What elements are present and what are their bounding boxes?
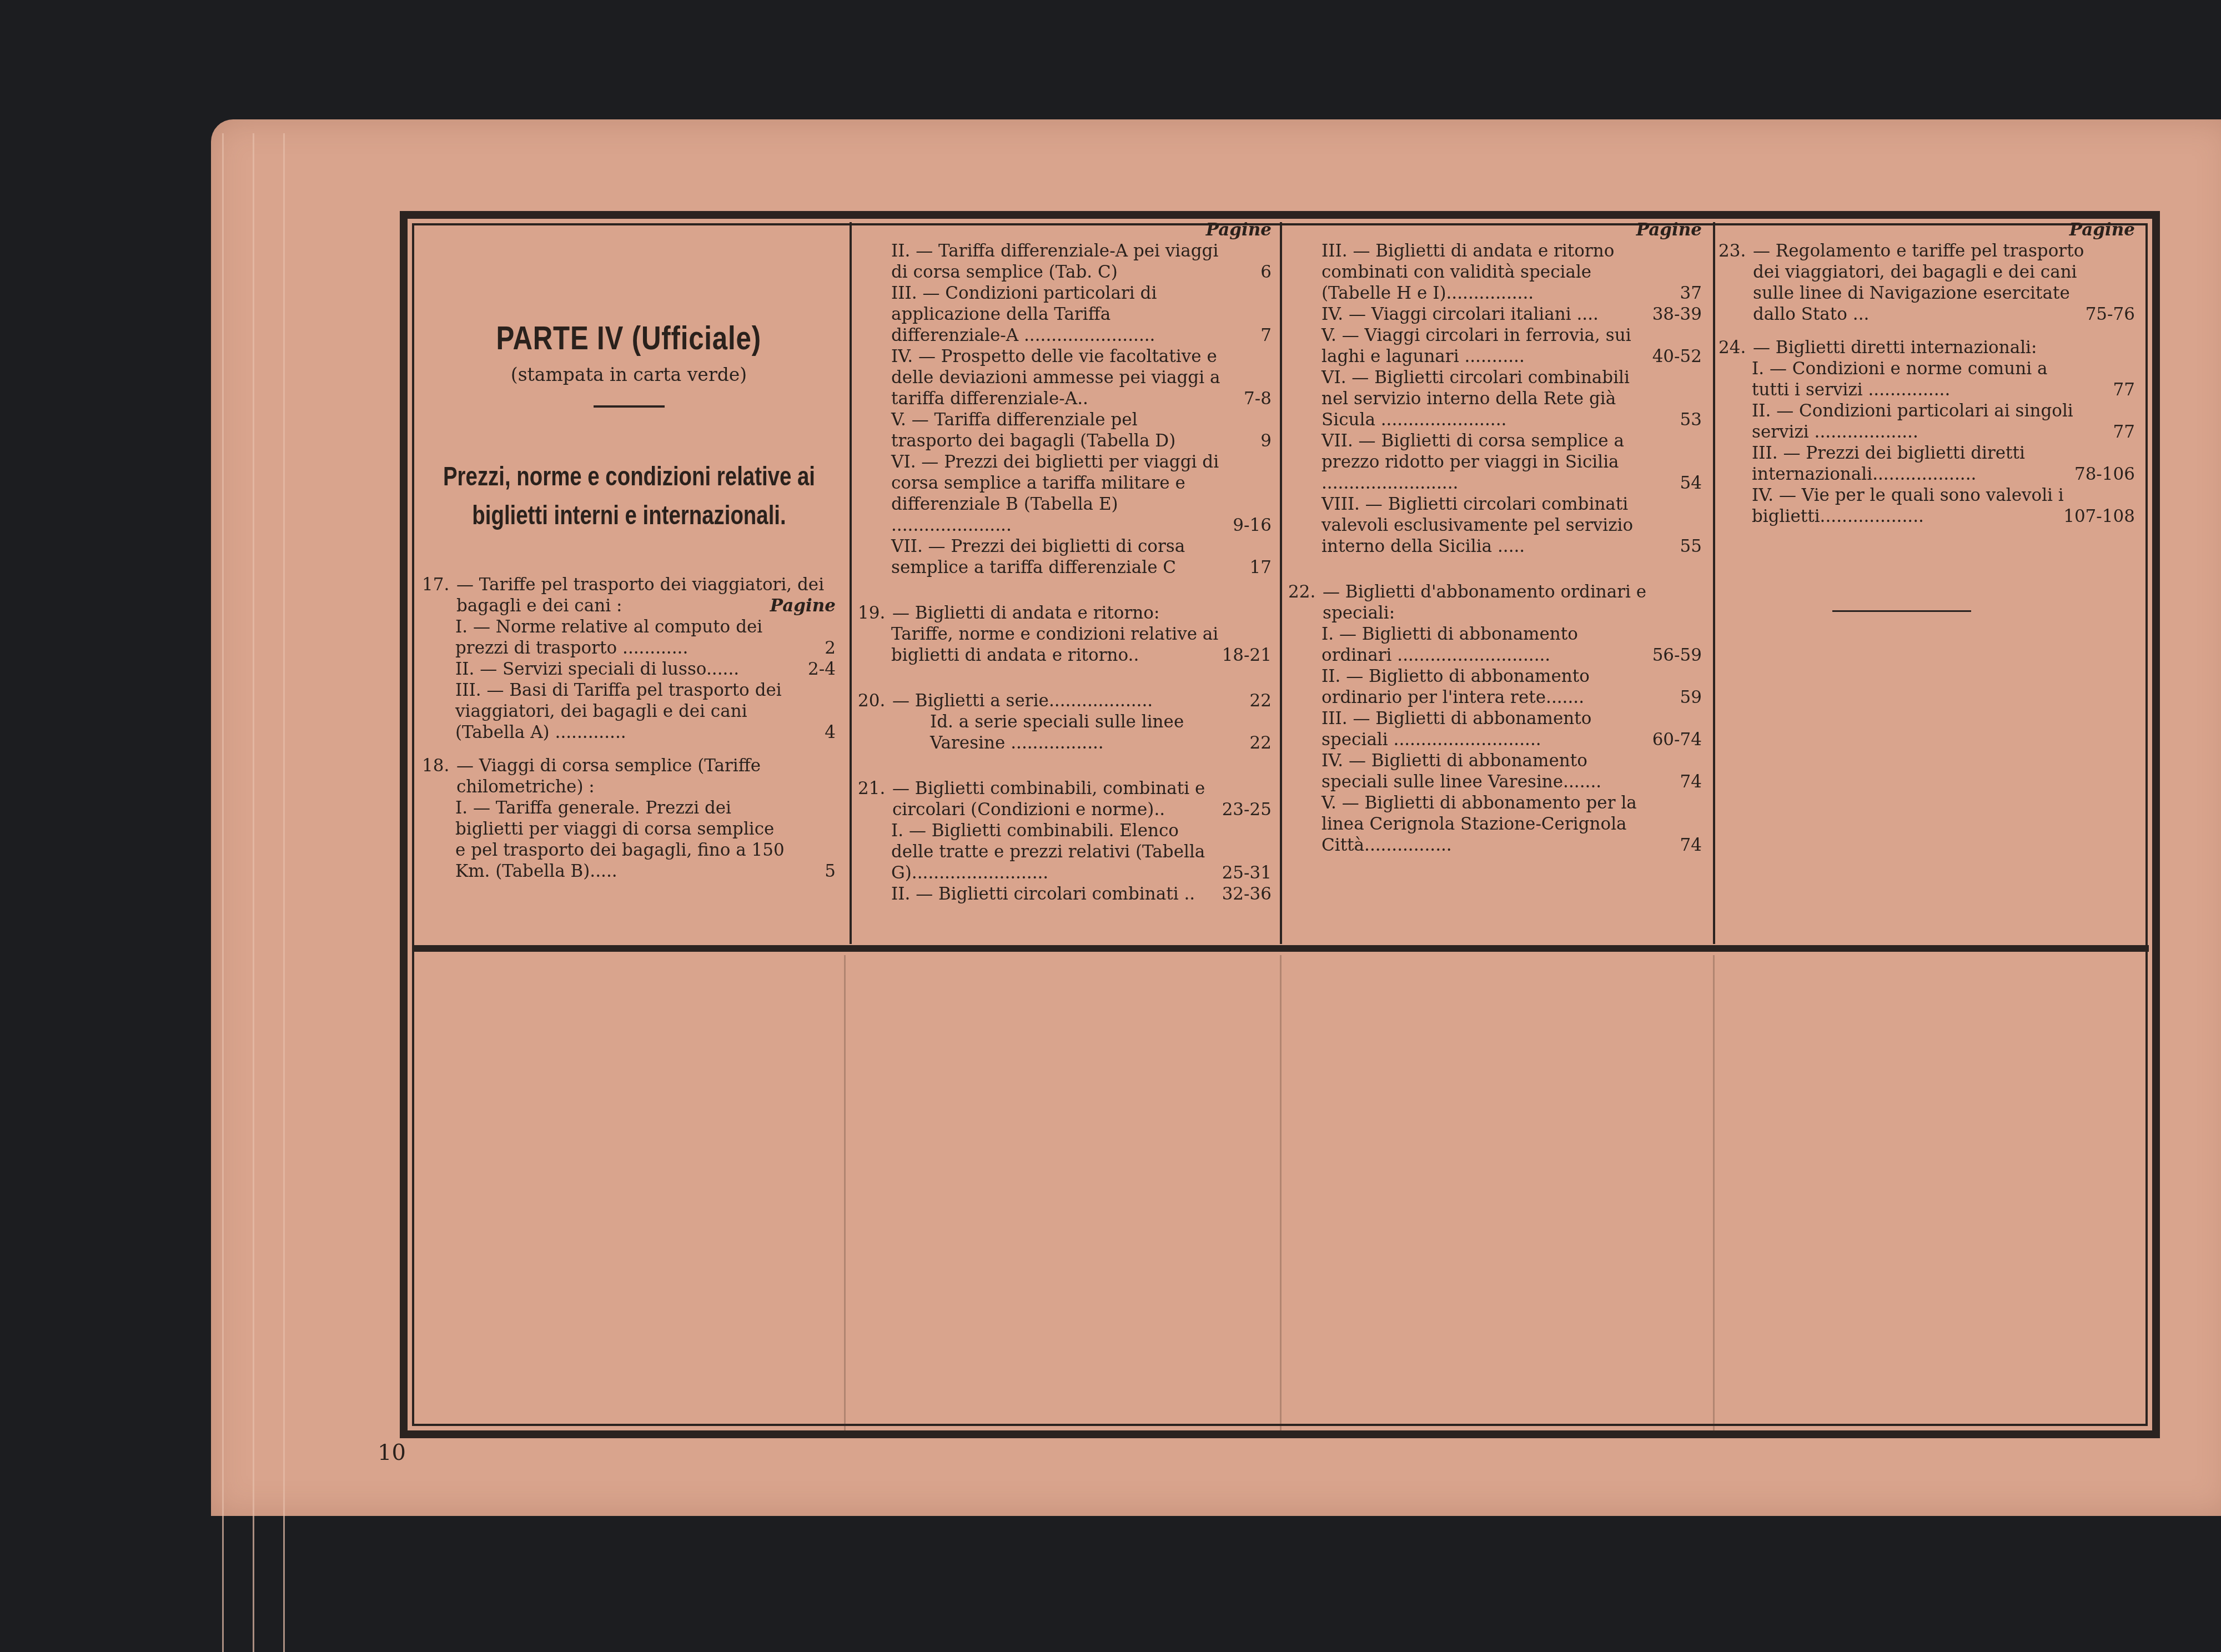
section-number: 18. <box>422 755 449 776</box>
page-ref: 37 <box>1680 283 1702 304</box>
toc-item: VII. — Prezzi dei biglietti di corsa sem… <box>858 536 1272 578</box>
page-ref: 107-108 <box>2063 506 2135 527</box>
item-text: — Condizioni particolari di applicazione… <box>891 283 1157 345</box>
page-edge <box>222 133 224 1652</box>
roman-numeral: II. <box>1752 401 1771 421</box>
bleed-through-divider <box>1713 955 1715 1433</box>
roman-numeral: VIII. <box>1321 494 1360 514</box>
title-rule <box>594 405 665 408</box>
toc-item: II. — Biglietto di abbonamento ordinario… <box>1288 666 1702 708</box>
page-ref: 74 <box>1680 771 1702 792</box>
item-text: — Viaggi circolari in ferrovia, sui lagh… <box>1321 325 1631 366</box>
item-text: — Tariffa differenziale pel trasporto de… <box>891 410 1175 451</box>
toc-item: I. — Condizioni e norme comuni a tutti i… <box>1718 358 2135 400</box>
page-edge <box>253 133 254 1652</box>
roman-numeral: II. <box>455 659 474 679</box>
item-text: — Biglietti circolari combinabili nel se… <box>1321 368 1630 430</box>
bleed-through-divider <box>1280 955 1282 1433</box>
roman-numeral: I. <box>455 798 468 818</box>
item-text: — Norme relative al computo dei prezzi d… <box>455 617 762 658</box>
section-number: 20. <box>858 690 885 711</box>
title-block: PARTE IV (Ufficiale) (stampata in carta … <box>422 328 836 535</box>
item-text: — Condizioni particolari ai singoli serv… <box>1752 401 2073 442</box>
toc-column-4: Pagine 23. — Regolamento e tariffe pel t… <box>1718 219 2135 612</box>
roman-numeral: VI. <box>891 452 916 472</box>
section-number: 23. <box>1718 240 1746 262</box>
toc-item: VI. — Biglietti circolari combinabili ne… <box>1288 367 1702 430</box>
toc-section-19: 19. — Biglietti di andata e ritorno: <box>858 602 1272 624</box>
page-ref: 38-39 <box>1652 304 1702 325</box>
page-ref: 9-16 <box>1233 515 1272 536</box>
section-number: 22. <box>1288 581 1315 602</box>
roman-numeral: III. <box>1321 709 1348 729</box>
toc-column-2: Pagine II. — Tariffa differenziale-A pei… <box>858 219 1272 905</box>
roman-numeral: III. <box>1321 241 1348 261</box>
page-ref: 22 <box>1250 732 1272 754</box>
section-title: — Viaggi di corsa semplice (Tariffe chil… <box>422 755 836 797</box>
section-number: 21. <box>858 778 885 799</box>
roman-numeral: VI. <box>1321 368 1346 388</box>
roman-numeral: V. <box>1321 325 1336 345</box>
toc-item: IV. — Prospetto delle vie facoltative e … <box>858 346 1272 409</box>
toc-item: III. — Biglietti di abbonamento speciali… <box>1288 708 1702 750</box>
page-ref: 2-4 <box>808 659 836 680</box>
roman-numeral: III. <box>891 283 917 303</box>
column-divider <box>850 222 852 944</box>
toc-item: III. — Basi di Tariffa pel trasporto dei… <box>422 680 836 743</box>
item-text: — Tariffa differenziale-A pei viaggi di … <box>891 241 1218 282</box>
roman-numeral: IV. <box>1321 304 1343 324</box>
section-title: — Biglietti diretti internazionali: <box>1718 337 2135 358</box>
item-text: — Biglietti di abbonamento speciali ....… <box>1321 709 1591 750</box>
toc-section-22: 22. — Biglietti d'abbonamento ordinari e… <box>1288 581 1702 624</box>
item-text: — Prezzi dei biglietti di corsa semplice… <box>891 536 1185 578</box>
page-ref: 56-59 <box>1652 645 1702 666</box>
roman-numeral: VII. <box>891 536 923 556</box>
item-text: — Prezzi dei biglietti diretti internazi… <box>1752 443 2025 484</box>
roman-numeral: IV. <box>1321 751 1343 771</box>
page-ref: 77 <box>2113 421 2135 443</box>
toc-item: I. — Biglietti combinabili. Elenco delle… <box>858 820 1272 883</box>
bleed-through-divider <box>844 955 846 1433</box>
section-number: 24. <box>1718 337 1746 358</box>
page-ref: 17 <box>1250 557 1272 578</box>
page-ref: 6 <box>1260 262 1272 283</box>
roman-numeral: I. <box>1752 359 1764 379</box>
item-text: — Biglietti di abbonamento per la linea … <box>1321 793 1637 855</box>
roman-numeral: VII. <box>1321 431 1353 451</box>
roman-numeral: V. <box>891 410 906 430</box>
pagine-header: Pagine <box>1718 219 2135 240</box>
page-ref: 4 <box>825 722 836 743</box>
item-text: — Viaggi circolari italiani .... <box>1349 304 1599 324</box>
roman-numeral: IV. <box>1752 485 1773 505</box>
roman-numeral: II. <box>891 884 910 904</box>
toc-item: VIII. — Biglietti circolari combinati va… <box>1288 494 1702 557</box>
page-ref: 18-21 <box>1222 645 1272 666</box>
roman-numeral: I. <box>455 617 468 637</box>
toc-section-18: 18. — Viaggi di corsa semplice (Tariffe … <box>422 755 836 797</box>
page-edge <box>283 133 285 1652</box>
roman-numeral: I. <box>891 821 903 841</box>
toc-column-3: Pagine III. — Biglietti di andata e rito… <box>1288 219 1702 856</box>
item-text: — Biglietti circolari combinati valevoli… <box>1321 494 1633 556</box>
item-text: — Prospetto delle vie facoltative e dell… <box>891 347 1220 409</box>
item-text: — Biglietti di andata e ritorno combinat… <box>1321 241 1614 303</box>
section-title: — Biglietti a serie................... <box>858 690 1272 711</box>
toc-item: IV. — Biglietti di abbonamento speciali … <box>1288 750 1702 792</box>
section-heading: Prezzi, norme e condizioni relative ai b… <box>425 458 833 535</box>
toc-item: II. — Biglietti circolari combinati ..32… <box>858 883 1272 905</box>
toc-item: I. — Biglietti di abbonamento ordinari .… <box>1288 624 1702 666</box>
page-ref: 7 <box>1260 325 1272 346</box>
section-title: — Regolamento e tariffe pel trasporto de… <box>1718 240 2135 325</box>
toc-item: VI. — Prezzi dei biglietti per viaggi di… <box>858 451 1272 536</box>
page-ref: 53 <box>1680 409 1702 430</box>
toc-item: Tariffe, norme e condizioni relative ai … <box>858 624 1272 666</box>
toc-item: IV. — Vie per le quali sono valevoli i b… <box>1718 485 2135 527</box>
item-text: Tariffe, norme e condizioni relative ai … <box>891 624 1218 665</box>
section-title: — Biglietti di andata e ritorno: <box>858 602 1272 624</box>
toc-section-21: 21. — Biglietti combinabili, combinati e… <box>858 778 1272 820</box>
item-text: — Vie per le quali sono valevoli i bigli… <box>1752 485 2064 526</box>
pagine-label: Pagine <box>770 595 836 616</box>
section-title: — Biglietti combinabili, combinati e cir… <box>858 778 1272 820</box>
roman-numeral: III. <box>455 680 481 700</box>
toc-item: V. — Viaggi circolari in ferrovia, sui l… <box>1288 325 1702 367</box>
toc-section-20: 20. — Biglietti a serie.................… <box>858 690 1272 711</box>
page-ref: 60-74 <box>1652 729 1702 750</box>
toc-section-17: 17. — Tariffe pel trasporto dei viaggiat… <box>422 574 836 616</box>
pagine-header: Pagine <box>858 219 1272 240</box>
roman-numeral: V. <box>1321 793 1336 813</box>
part-title: PARTE IV (Ufficiale) <box>496 328 761 349</box>
item-text: — Biglietti combinabili. Elenco delle tr… <box>891 821 1205 883</box>
toc-section-24: 24. — Biglietti diretti internazionali: <box>1718 337 2135 358</box>
page-ref: 25-31 <box>1222 862 1272 883</box>
item-text: — Biglietti di abbonamento speciali sull… <box>1321 751 1601 792</box>
roman-numeral: Id. <box>930 712 953 732</box>
page-ref: 54 <box>1680 473 1702 494</box>
page-ref: 55 <box>1680 536 1702 557</box>
page-number: 10 <box>378 1440 406 1465</box>
item-text: — Tariffa generale. Prezzi dei biglietti… <box>455 798 785 881</box>
item-text: — Condizioni e norme comuni a tutti i se… <box>1752 359 2047 400</box>
roman-numeral: IV. <box>891 347 913 366</box>
toc-section-23: 23. — Regolamento e tariffe pel trasport… <box>1718 240 2135 325</box>
pagine-header: Pagine <box>1288 219 1702 240</box>
toc-item: II. — Condizioni particolari ai singoli … <box>1718 400 2135 443</box>
section-title: — Biglietti d'abbonamento ordinari e spe… <box>1288 581 1702 624</box>
toc-item: II. — Tariffa differenziale-A pei viaggi… <box>858 240 1272 283</box>
page-ref: 40-52 <box>1652 346 1702 367</box>
item-text: — Biglietti di abbonamento ordinari ....… <box>1321 624 1578 665</box>
toc-item: III. — Condizioni particolari di applica… <box>858 283 1272 346</box>
page-ref: 78-106 <box>2074 464 2135 485</box>
page-ref: 74 <box>1680 835 1702 856</box>
toc-item: III. — Prezzi dei biglietti diretti inte… <box>1718 443 2135 485</box>
page-ref: 7-8 <box>1244 388 1272 409</box>
page-ref: 75-76 <box>2086 304 2135 325</box>
section-rule <box>413 945 2149 952</box>
toc-item: II. — Servizi speciali di lusso......2-4 <box>422 659 836 680</box>
item-text: — Biglietto di abbonamento ordinario per… <box>1321 666 1590 707</box>
column-divider <box>1280 222 1282 944</box>
roman-numeral: II. <box>1321 666 1340 686</box>
toc-item: VII. — Biglietti di corsa semplice a pre… <box>1288 430 1702 494</box>
page-ref: 22 <box>1250 690 1272 711</box>
page-ref: 9 <box>1260 430 1272 451</box>
toc-item: I. — Tariffa generale. Prezzi dei biglie… <box>422 797 836 882</box>
section-number: 19. <box>858 602 885 624</box>
page-ref: 2 <box>825 637 836 659</box>
toc-item: I. — Norme relative al computo dei prezz… <box>422 616 836 659</box>
toc-item: IV. — Viaggi circolari italiani ....38-3… <box>1288 304 1702 325</box>
page-ref: 77 <box>2113 379 2135 400</box>
part-subtitle: (stampata in carta verde) <box>422 364 836 385</box>
item-text: — Biglietti circolari combinati .. <box>916 884 1195 904</box>
page-ref: 59 <box>1680 687 1702 708</box>
toc-column-1: PARTE IV (Ufficiale) (stampata in carta … <box>422 219 836 882</box>
roman-numeral: I. <box>1321 624 1334 644</box>
item-text: — Servizi speciali di lusso...... <box>480 659 739 679</box>
toc-item: Id. a serie speciali sulle linee Varesin… <box>858 711 1272 754</box>
roman-numeral: II. <box>891 241 910 261</box>
toc-item: V. — Tariffa differenziale pel trasporto… <box>858 409 1272 451</box>
page-ref: 23-25 <box>1222 799 1272 820</box>
item-text: a serie speciali sulle linee Varesine ..… <box>930 712 1184 753</box>
roman-numeral: III. <box>1752 443 1778 463</box>
column-divider <box>1713 222 1715 944</box>
section-number: 17. <box>422 574 449 595</box>
toc-item: V. — Biglietti di abbonamento per la lin… <box>1288 792 1702 856</box>
toc-item: III. — Biglietti di andata e ritorno com… <box>1288 240 1702 304</box>
page-ref: 32-36 <box>1222 883 1272 905</box>
item-text: — Prezzi dei biglietti per viaggi di cor… <box>891 452 1219 535</box>
end-rule <box>1832 610 1971 612</box>
item-text: — Basi di Tariffa pel trasporto dei viag… <box>455 680 782 742</box>
page-ref: 5 <box>825 861 836 882</box>
item-text: — Biglietti di corsa semplice a prezzo r… <box>1321 431 1624 493</box>
